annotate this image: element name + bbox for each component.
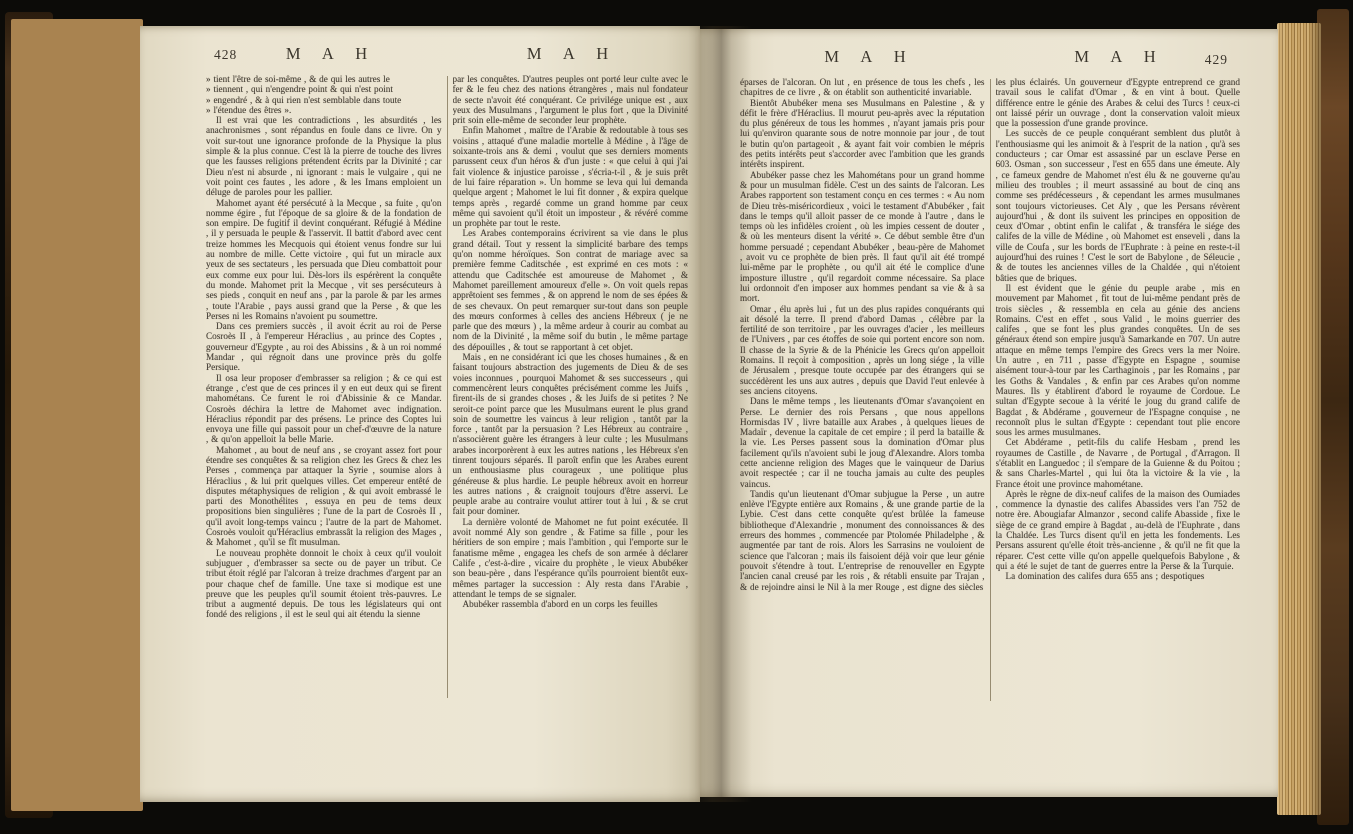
text-column: les plus éclairés. Un gouverneur d'Egypt…	[996, 77, 1241, 705]
text-column: » tient l'être de soi-même , & de qui le…	[206, 74, 442, 702]
text-paragraph: » tiennent , qui n'engendre point & qui …	[206, 84, 442, 94]
text-paragraph: par les conquêtes. D'autres peuples ont …	[453, 74, 689, 125]
text-paragraph: Omar , élu après lui , fut un des plus r…	[740, 304, 985, 397]
text-paragraph: Enfin Mahomet , maître de l'Arabie & red…	[453, 125, 689, 228]
text-paragraph: Le nouveau prophète donnoit le choix à c…	[206, 548, 442, 620]
page-429: 429 M A H M A H éparses de l'alcoran. On…	[700, 29, 1278, 797]
text-paragraph: Tandis qu'un lieutenant d'Omar subjugue …	[740, 489, 985, 592]
page-edges-right	[1277, 23, 1321, 815]
text-column: éparses de l'alcoran. On lut , en présen…	[740, 77, 985, 705]
running-head: M A H	[740, 47, 990, 67]
text-paragraph: les plus éclairés. Un gouverneur d'Egypt…	[996, 77, 1241, 128]
text-paragraph: Il osa leur proposer d'embrasser sa reli…	[206, 373, 442, 445]
text-columns: » tient l'être de soi-même , & de qui le…	[206, 74, 688, 702]
text-paragraph: Bientôt Abubéker mena ses Musulmans en P…	[740, 98, 985, 170]
running-head: M A H	[447, 44, 688, 64]
text-paragraph: Dans le même temps , les lieutenants d'O…	[740, 396, 985, 489]
text-columns: éparses de l'alcoran. On lut , en présen…	[740, 77, 1240, 705]
column-divider	[990, 79, 991, 701]
text-paragraph: Après le règne de dix-neuf califes de la…	[996, 489, 1241, 571]
text-paragraph: Dans ces premiers succès , il avoit écri…	[206, 321, 442, 372]
page-edges-left	[11, 19, 143, 811]
text-paragraph: Il est vrai que les contradictions , les…	[206, 115, 442, 197]
folio-number-right: 429	[1205, 52, 1228, 68]
text-paragraph: La domination des califes dura 655 ans ;…	[996, 571, 1241, 581]
text-paragraph: Les Arabes contemporains écrivirent sa v…	[453, 228, 689, 352]
text-paragraph: Abubéker passe chez les Mahométans pour …	[740, 170, 985, 304]
text-paragraph: Cet Abdérame , petit-fils du calife Hesb…	[996, 437, 1241, 488]
running-head: M A H	[990, 47, 1240, 67]
text-column: par les conquêtes. D'autres peuples ont …	[453, 74, 689, 702]
text-paragraph: Mais , en ne considérant ici que les cho…	[453, 352, 689, 517]
text-paragraph: » l'étendue des êtres ».	[206, 105, 442, 115]
text-paragraph: éparses de l'alcoran. On lut , en présen…	[740, 77, 985, 98]
book-cover-right	[1317, 9, 1349, 825]
book-photo: 428 M A H M A H » tient l'être de soi-mê…	[0, 0, 1353, 834]
text-paragraph: » engendré , & à qui rien n'est semblabl…	[206, 95, 442, 105]
text-paragraph: » tient l'être de soi-même , & de qui le…	[206, 74, 442, 84]
folio-number-left: 428	[214, 47, 237, 63]
running-head-row: M A H M A H	[206, 44, 688, 64]
running-head-row: M A H M A H	[740, 47, 1240, 67]
text-paragraph: Il est évident que le génie du peuple ar…	[996, 283, 1241, 437]
text-paragraph: Mahomet ayant été persécuté à la Mecque …	[206, 198, 442, 322]
running-head: M A H	[206, 44, 447, 64]
text-paragraph: Mahomet , au bout de neuf ans , se croya…	[206, 445, 442, 548]
text-paragraph: Les succès de ce peuple conquérant sembl…	[996, 128, 1241, 282]
page-428: 428 M A H M A H » tient l'être de soi-mê…	[140, 26, 700, 802]
text-paragraph: La dernière volonté de Mahomet ne fut po…	[453, 517, 689, 599]
text-paragraph: Abubéker rassembla d'abord en un corps l…	[453, 599, 689, 609]
column-divider	[447, 76, 448, 698]
